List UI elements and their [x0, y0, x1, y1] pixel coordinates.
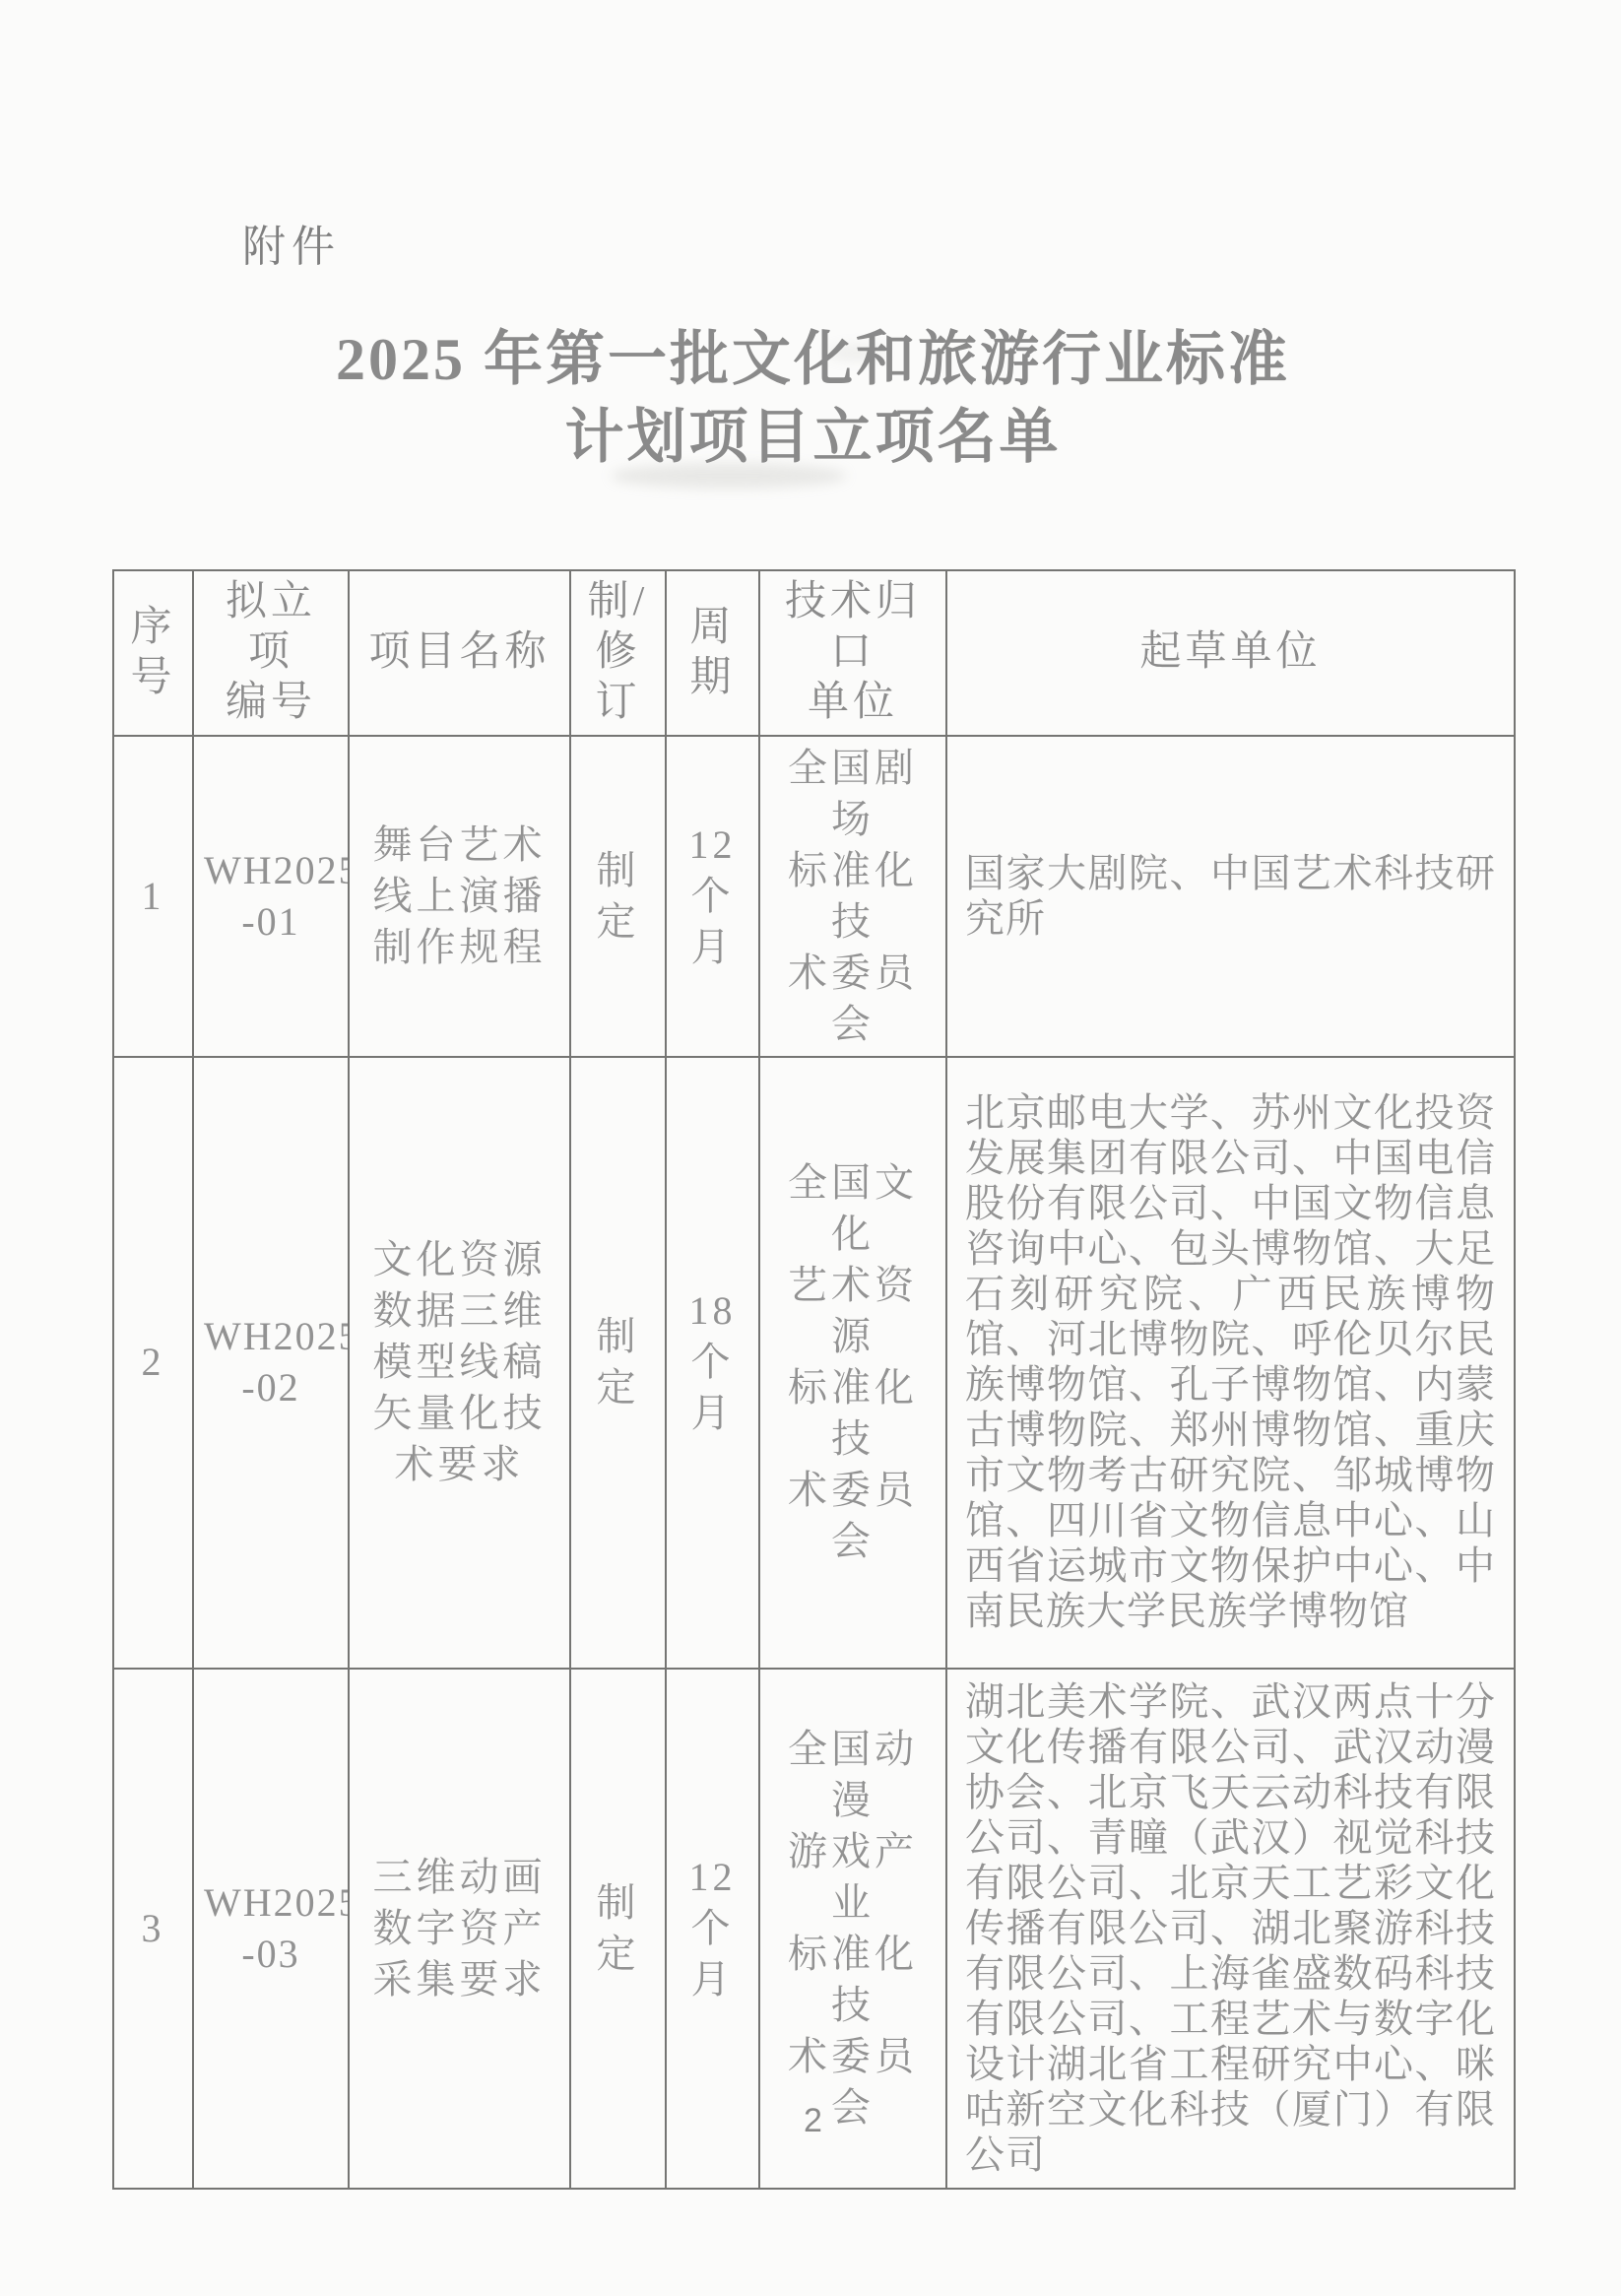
- header-tech-unit: 技术归口 单位: [759, 570, 946, 736]
- cell-index: 2: [113, 1057, 193, 1669]
- cell-code: WH2025 -02: [193, 1057, 349, 1669]
- cell-revision: 制 定: [570, 1057, 666, 1669]
- table-row: 1 WH2025 -01 舞台艺术 线上演播 制作规程 制 定 12 个 月 全…: [113, 736, 1515, 1057]
- document-title-line1: 2025 年第一批文化和旅游行业标准: [112, 321, 1514, 399]
- cell-period: 18 个 月: [666, 1057, 759, 1669]
- table-header-row: 序 号 拟立项 编号 项目名称 制/ 修 订 周 期 技术归口 单位 起草单位: [113, 570, 1515, 736]
- table-row: 2 WH2025 -02 文化资源 数据三维 模型线稿 矢量化技 术要求 制 定…: [113, 1057, 1515, 1669]
- header-index: 序 号: [113, 570, 193, 736]
- cell-tech-unit: 全国文化 艺术资源 标准化技 术委员会: [759, 1057, 946, 1669]
- header-code: 拟立项 编号: [193, 570, 349, 736]
- cell-index: 1: [113, 736, 193, 1057]
- cell-draft-unit: 国家大剧院、中国艺术科技研究所: [946, 736, 1515, 1057]
- cell-revision: 制 定: [570, 736, 666, 1057]
- document-title: 2025 年第一批文化和旅游行业标准 计划项目立项名单: [112, 321, 1514, 477]
- scanned-document-page: 附件 2025 年第一批文化和旅游行业标准 计划项目立项名单 序 号 拟立项 编…: [0, 0, 1621, 2296]
- cell-project-name: 文化资源 数据三维 模型线稿 矢量化技 术要求: [349, 1057, 570, 1669]
- header-name: 项目名称: [349, 570, 570, 736]
- standards-project-table: 序 号 拟立项 编号 项目名称 制/ 修 订 周 期 技术归口 单位 起草单位 …: [112, 569, 1516, 2190]
- cell-draft-unit: 北京邮电大学、苏州文化投资发展集团有限公司、中国电信股份有限公司、中国文物信息咨…: [946, 1057, 1515, 1669]
- cell-tech-unit: 全国剧场 标准化技 术委员会: [759, 736, 946, 1057]
- cell-code: WH2025 -01: [193, 736, 349, 1057]
- cell-project-name: 舞台艺术 线上演播 制作规程: [349, 736, 570, 1057]
- cell-period: 12 个 月: [666, 736, 759, 1057]
- page-number: 2: [112, 2102, 1514, 2140]
- attachment-label: 附件: [242, 211, 341, 274]
- header-revision: 制/ 修 订: [570, 570, 666, 736]
- document-title-line2: 计划项目立项名单: [112, 399, 1514, 477]
- header-period: 周 期: [666, 570, 759, 736]
- header-draft-unit: 起草单位: [946, 570, 1515, 736]
